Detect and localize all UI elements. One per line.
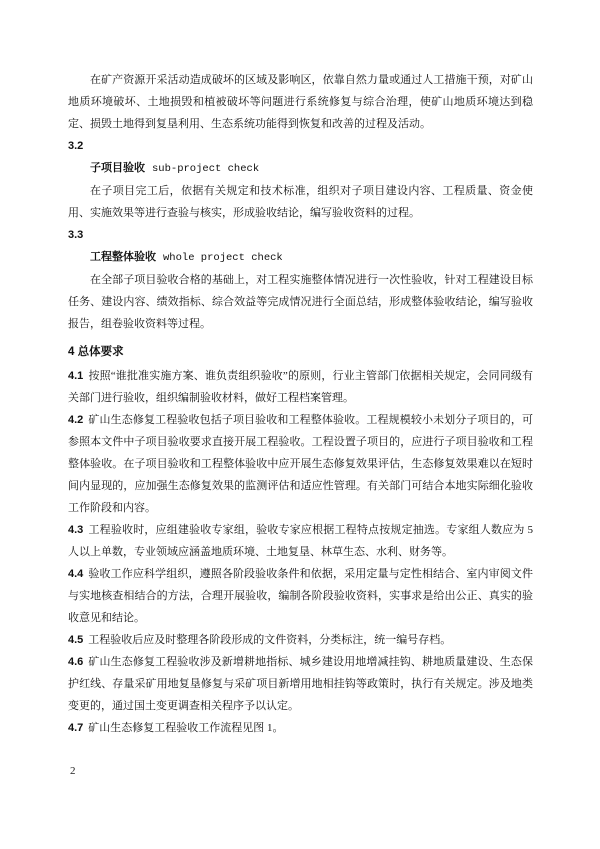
clause-3-3-number: 3.3	[68, 224, 533, 246]
clause-4-4-text: 验收工作应科学组织，遵照各阶段验收条件和依据，采用定量与定性相结合、室内审阅文件…	[68, 568, 533, 624]
clause-4-7-number: 4.7	[68, 722, 83, 734]
clause-3-2-definition-paragraph: 在子项目完工后，依据有关规定和技术标准，组织对子项目建设内容、工程质量、资金使用…	[68, 180, 533, 224]
term-en-subproject: sub-project check	[152, 163, 259, 175]
clause-4-5-text: 工程验收后应及时整理各阶段形成的文件资料，分类标注，统一编号存档。	[88, 634, 451, 646]
clause-4-1-text: 按照“谁批准实施方案、谁负责组织验收”的原则，行业主管部门依据相关规定，会同同级…	[68, 370, 533, 404]
clause-3-1-definition-paragraph: 在矿产资源开采活动造成破坏的区域及影响区，依靠自然力量或通过人工措施干预，对矿山…	[68, 69, 533, 135]
clause-4-3-text: 工程验收时，应组建验收专家组，验收专家应根据工程特点按规定抽选。专家组人数应为 …	[68, 524, 533, 558]
clause-4-6-text: 矿山生态修复工程验收涉及新增耕地指标、城乡建设用地增减挂钩、耕地质量建设、生态保…	[68, 656, 533, 712]
clause-3-2-number: 3.2	[68, 135, 533, 157]
clause-4-7-text: 矿山生态修复工程验收工作流程见图 1。	[88, 722, 283, 734]
document-page: 在矿产资源开采活动造成破坏的区域及影响区，依靠自然力量或通过人工措施干预，对矿山…	[0, 0, 600, 849]
clause-4-6-paragraph: 4.6矿山生态修复工程验收涉及新增耕地指标、城乡建设用地增减挂钩、耕地质量建设、…	[68, 651, 533, 717]
clause-4-1-number: 4.1	[68, 370, 83, 382]
clause-3-2-term-heading: 子项目验收sub-project check	[68, 157, 533, 180]
clause-4-4-paragraph: 4.4验收工作应科学组织，遵照各阶段验收条件和依据，采用定量与定性相结合、室内审…	[68, 563, 533, 629]
clause-3-3-definition-paragraph: 在全部子项目验收合格的基础上，对工程实施整体情况进行一次性验收，针对工程建设目标…	[68, 269, 533, 335]
clause-4-6-number: 4.6	[68, 656, 83, 668]
clause-4-2-number: 4.2	[68, 414, 83, 426]
section-4-heading: 4 总体要求	[68, 341, 533, 363]
clause-3-3-term-heading: 工程整体验收whole project check	[68, 246, 533, 269]
clause-4-4-number: 4.4	[68, 568, 83, 580]
clause-4-5-number: 4.5	[68, 634, 83, 646]
clause-4-5-paragraph: 4.5工程验收后应及时整理各阶段形成的文件资料，分类标注，统一编号存档。	[68, 629, 533, 651]
clause-4-2-text: 矿山生态修复工程验收包括子项目验收和工程整体验收。工程规模较小未划分子项目的，可…	[68, 414, 533, 514]
page-number: 2	[70, 764, 76, 778]
clause-4-1-paragraph: 4.1按照“谁批准实施方案、谁负责组织验收”的原则，行业主管部门依据相关规定，会…	[68, 365, 533, 409]
page-content: 在矿产资源开采活动造成破坏的区域及影响区，依靠自然力量或通过人工措施干预，对矿山…	[68, 69, 533, 739]
term-en-wholeproject: whole project check	[163, 252, 283, 264]
clause-4-3-paragraph: 4.3工程验收时，应组建验收专家组，验收专家应根据工程特点按规定抽选。专家组人数…	[68, 519, 533, 563]
term-zh-subproject: 子项目验收	[90, 162, 145, 174]
term-zh-wholeproject: 工程整体验收	[90, 251, 156, 263]
clause-4-2-paragraph: 4.2矿山生态修复工程验收包括子项目验收和工程整体验收。工程规模较小未划分子项目…	[68, 409, 533, 519]
clause-4-3-number: 4.3	[68, 524, 83, 536]
clause-4-7-paragraph: 4.7矿山生态修复工程验收工作流程见图 1。	[68, 717, 533, 739]
